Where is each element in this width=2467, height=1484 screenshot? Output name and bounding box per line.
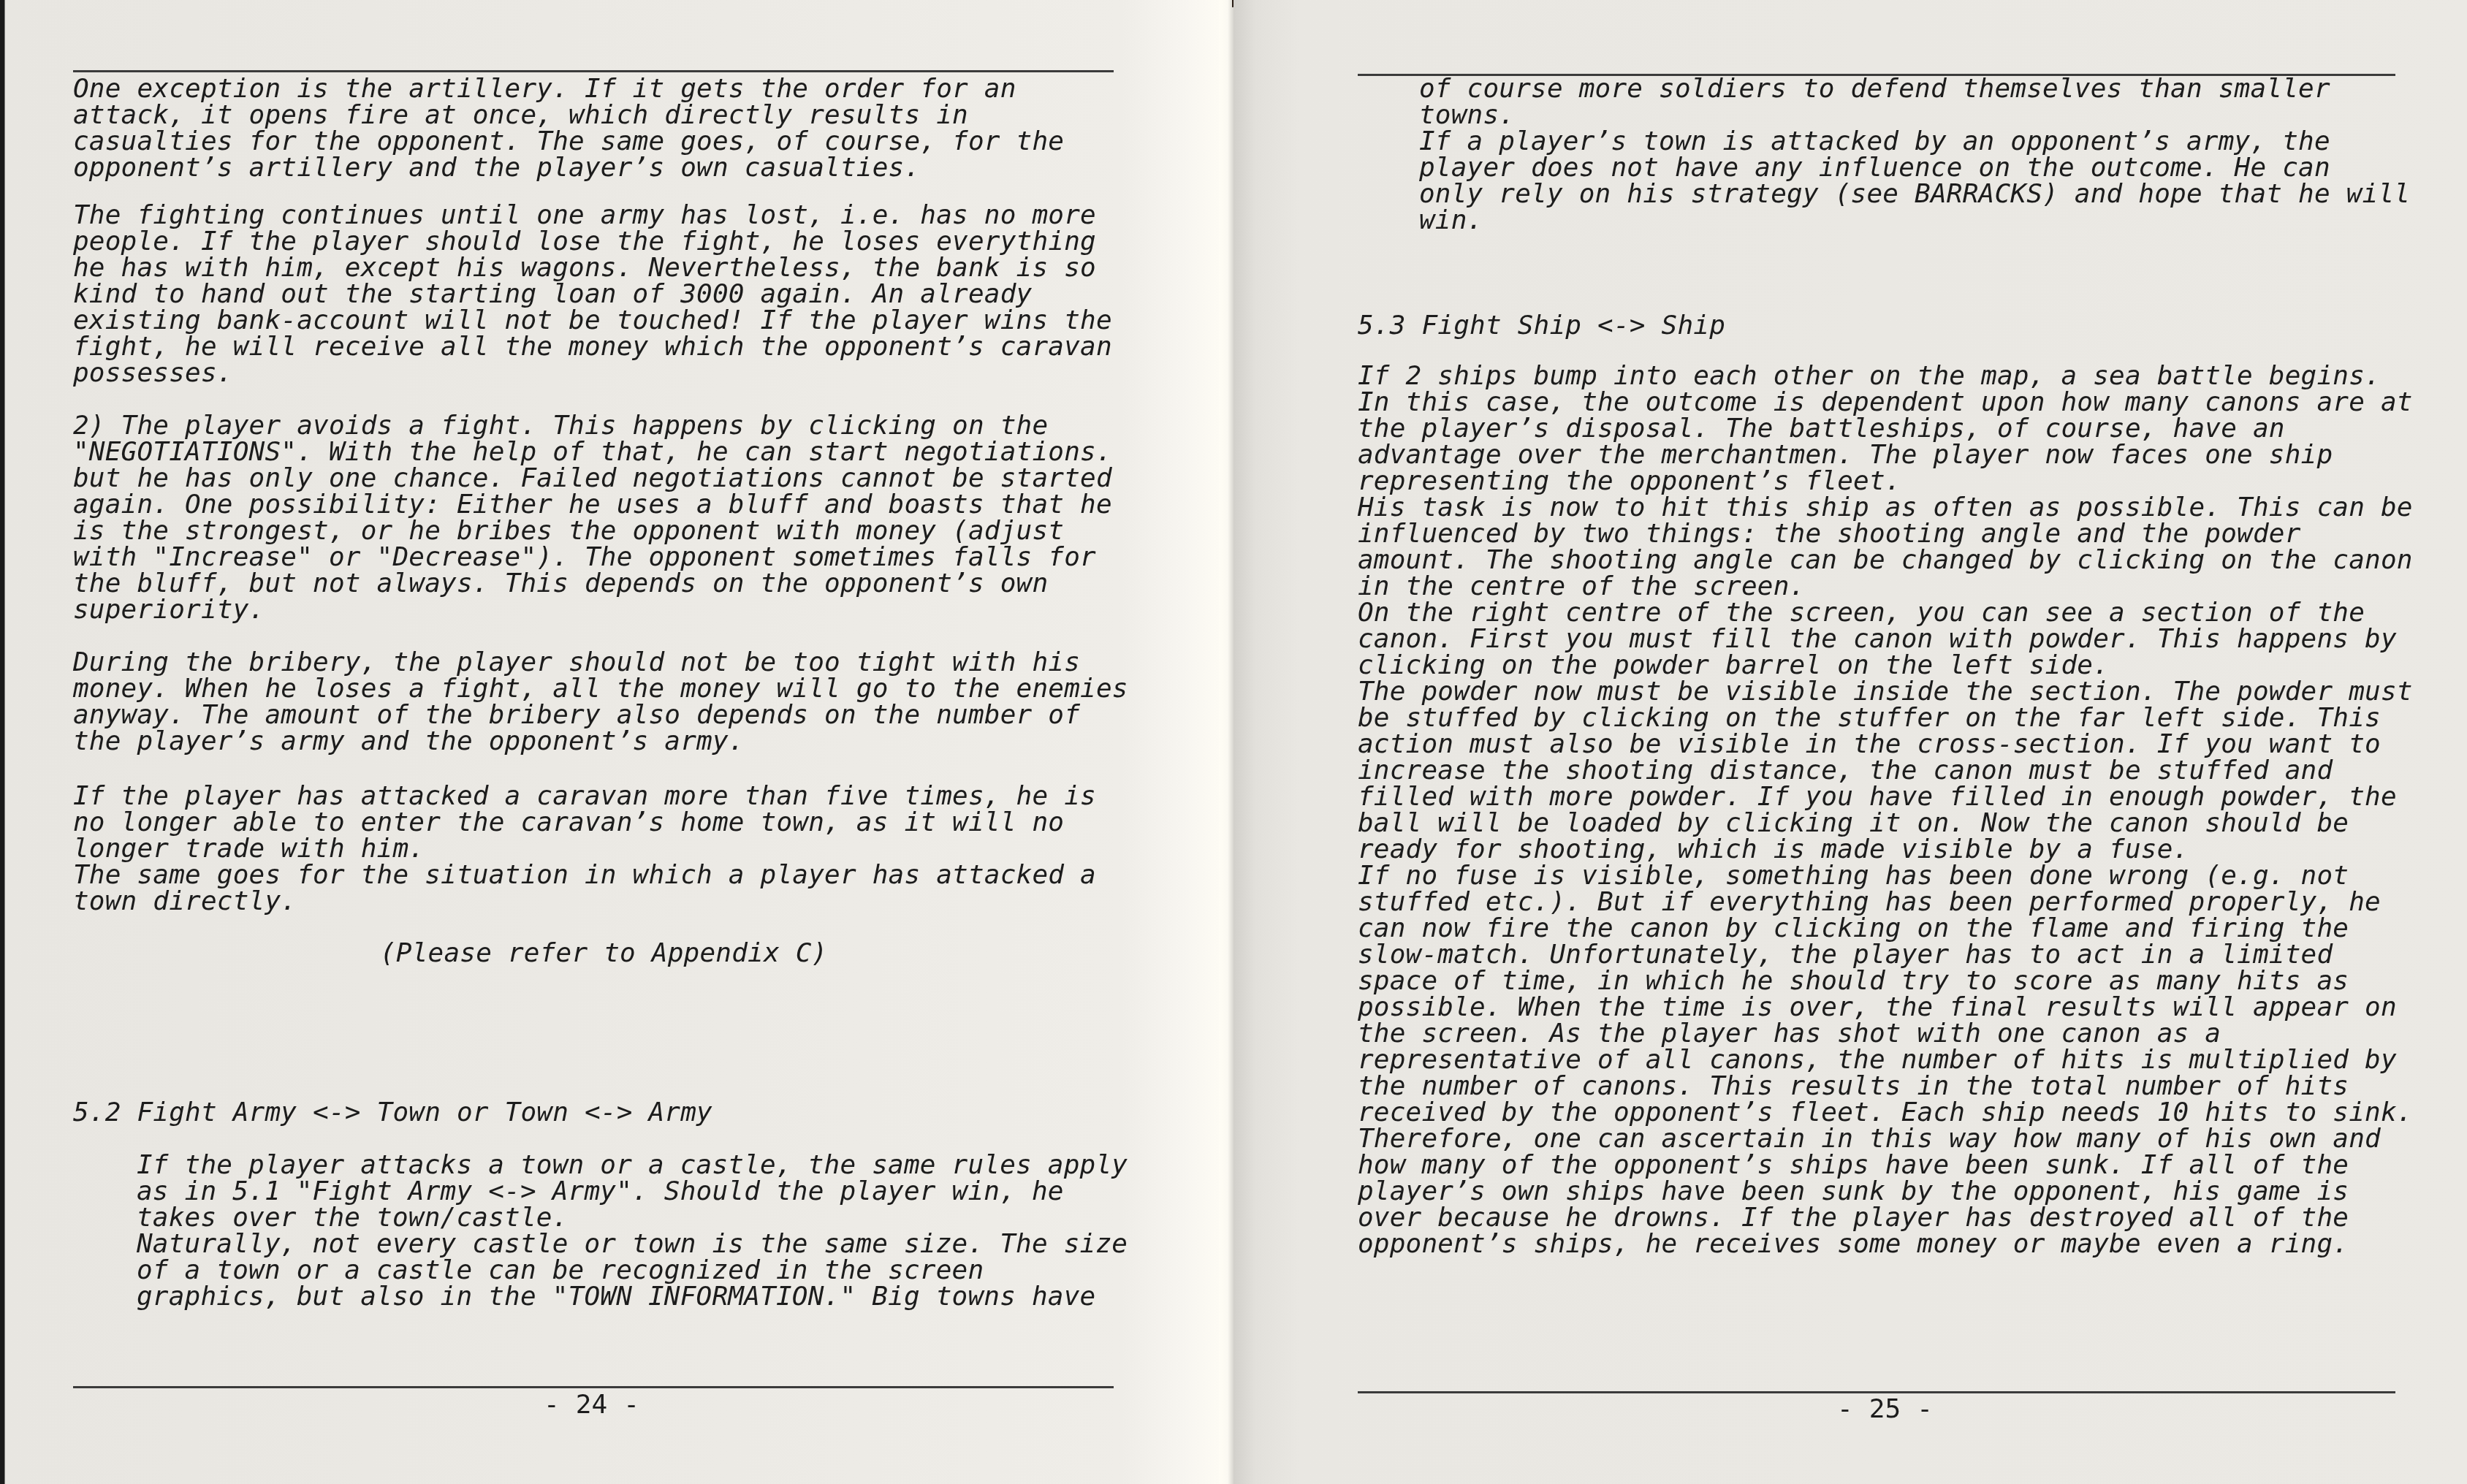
text-line: graphics, but also in the "TOWN INFORMAT…	[137, 1284, 1095, 1310]
text-line: influenced by two things: the shooting a…	[1358, 521, 2301, 547]
text-line: he has with him, except his wagons. Neve…	[73, 255, 1096, 281]
text-line: space of time, in which he should try to…	[1358, 968, 2349, 994]
text-line: Naturally, not every castle or town is t…	[137, 1231, 1128, 1257]
text-line: is the strongest, or he bribes the oppon…	[73, 518, 1064, 544]
text-line: money. When he loses a fight, all the mo…	[73, 676, 1128, 702]
book-gutter	[1219, 0, 1233, 1484]
text-line: advantage over the merchantmen. The play…	[1358, 442, 2333, 468]
text-line: attack, it opens fire at once, which dir…	[73, 102, 968, 129]
text-line: On the right centre of the screen, you c…	[1358, 600, 2365, 626]
text-line: The same goes for the situation in which…	[73, 862, 1096, 889]
text-line: no longer able to enter the caravan’s ho…	[73, 810, 1064, 836]
text-line: action must also be visible in the cross…	[1358, 731, 2381, 758]
text-line: existing bank-account will not be touche…	[73, 308, 1112, 334]
text-line: only rely on his strategy (see BARRACKS)…	[1419, 181, 2410, 208]
text-line: longer trade with him.	[73, 836, 425, 862]
text-line: The powder now must be visible inside th…	[1358, 679, 2413, 705]
text-line: The fighting continues until one army ha…	[73, 202, 1096, 229]
text-line: fight, he will receive all the money whi…	[73, 334, 1112, 360]
text-line: win.	[1419, 208, 1483, 234]
bottom-rule	[73, 1386, 1114, 1388]
text-line: player does not have any influence on th…	[1419, 155, 2330, 181]
text-line: opponent’s artillery and the player’s ow…	[73, 155, 920, 181]
text-line: possible. When the time is over, the fin…	[1358, 994, 2397, 1021]
text-line: casualties for the opponent. The same go…	[73, 129, 1064, 155]
text-line: opponent’s ships, he receives some money…	[1358, 1231, 2349, 1257]
text-line: stuffed etc.). But if everything has bee…	[1358, 889, 2381, 916]
text-line: If the player has attacked a caravan mor…	[73, 783, 1096, 810]
text-line: superiority.	[73, 597, 265, 623]
text-line: with "Increase" or "Decrease"). The oppo…	[73, 544, 1096, 571]
text-line: In this case, the outcome is dependent u…	[1358, 389, 2413, 416]
text-line: possesses.	[73, 360, 233, 387]
text-line: towns.	[1419, 102, 1515, 129]
text-line: During the bribery, the player should no…	[73, 650, 1080, 676]
page-number: - 24 -	[544, 1392, 639, 1418]
top-rule	[73, 70, 1114, 72]
text-line: of course more soldiers to defend themse…	[1419, 76, 2330, 102]
right-page: of course more soldiers to defend themse…	[1233, 0, 2467, 1484]
text-line: can now fire the canon by clicking on th…	[1358, 916, 2349, 942]
text-line: kind to hand out the starting loan of 30…	[73, 281, 1032, 308]
text-line: people. If the player should lose the fi…	[73, 229, 1096, 255]
text-line: Therefore, one can ascertain in this way…	[1358, 1126, 2381, 1152]
text-line: If a player’s town is attacked by an opp…	[1419, 129, 2330, 155]
bottom-rule	[1358, 1391, 2395, 1393]
text-line: received by the opponent’s fleet. Each s…	[1358, 1100, 2413, 1126]
text-line: as in 5.1 "Fight Army <-> Army". Should …	[137, 1179, 1064, 1205]
text-line: player’s own ships have been sunk by the…	[1358, 1179, 2349, 1205]
text-line: over because he drowns. If the player ha…	[1358, 1205, 2349, 1231]
text-line: the bluff, but not always. This depends …	[73, 571, 1048, 597]
text-line: the player’s army and the opponent’s arm…	[73, 728, 745, 755]
text-line: If no fuse is visible, something has bee…	[1358, 863, 2349, 889]
text-line: the screen. As the player has shot with …	[1358, 1021, 2221, 1047]
text-line: filled with more powder. If you have fil…	[1358, 784, 2397, 810]
text-line: ready for shooting, which is made visibl…	[1358, 837, 2189, 863]
text-line: the player’s disposal. The battleships, …	[1358, 416, 2285, 442]
text-line: anyway. The amount of the bribery also d…	[73, 702, 1080, 728]
page-number: - 25 -	[1837, 1396, 1933, 1423]
text-line: clicking on the powder barrel on the lef…	[1358, 652, 2109, 679]
left-page: One exception is the artillery. If it ge…	[0, 0, 1219, 1484]
section-heading: 5.2 Fight Army <-> Town or Town <-> Army	[73, 1100, 712, 1126]
text-line: representing the opponent’s fleet.	[1358, 468, 1901, 495]
section-heading: 5.3 Fight Ship <-> Ship	[1358, 313, 1725, 339]
text-line: If 2 ships bump into each other on the m…	[1358, 363, 2381, 389]
text-line: "NEGOTIATIONS". With the help of that, h…	[73, 439, 1112, 465]
text-line: in the centre of the screen.	[1358, 574, 1805, 600]
text-line: His task is now to hit this ship as ofte…	[1358, 495, 2413, 521]
text-line: be stuffed by clicking on the stuffer on…	[1358, 705, 2381, 731]
text-line: again. One possibility: Either he uses a…	[73, 492, 1112, 518]
text-line: takes over the town/castle.	[137, 1205, 569, 1231]
text-line: ball will be loaded by clicking it on. N…	[1358, 810, 2349, 837]
text-line: One exception is the artillery. If it ge…	[73, 76, 1016, 102]
text-line: increase the shooting distance, the cano…	[1358, 758, 2333, 784]
text-line: 2) The player avoids a fight. This happe…	[73, 413, 1048, 439]
text-line: town directly.	[73, 889, 297, 915]
text-line: the number of canons. This results in th…	[1358, 1073, 2349, 1100]
text-line: If the player attacks a town or a castle…	[137, 1152, 1128, 1179]
text-line: how many of the opponent’s ships have be…	[1358, 1152, 2349, 1179]
text-line: amount. The shooting angle can be change…	[1358, 547, 2413, 574]
appendix-note: (Please refer to Appendix C)	[380, 940, 827, 967]
text-line: of a town or a castle can be recognized …	[137, 1257, 984, 1284]
text-line: but he has only one chance. Failed negot…	[73, 465, 1112, 492]
text-line: slow-match. Unfortunately, the player ha…	[1358, 942, 2333, 968]
text-line: canon. First you must fill the canon wit…	[1358, 626, 2397, 652]
text-line: representative of all canons, the number…	[1358, 1047, 2397, 1073]
